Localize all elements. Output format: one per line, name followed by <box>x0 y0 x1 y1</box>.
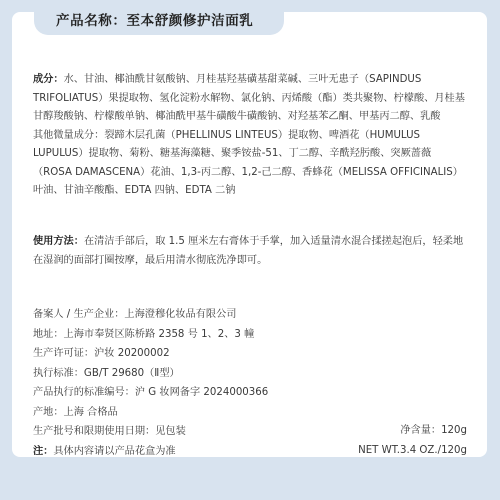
note-text: 具体内容请以产品花盒为准 <box>53 446 175 457</box>
minor-ingredients-label: 其他微量成分： <box>33 130 104 141</box>
net-content: 净含量：120g NET WT.3.4 OZ./120g <box>358 421 467 460</box>
company-line: 备案人 / 生产企业：上海澄穆化妆品有限公司 <box>33 305 333 325</box>
manufacturer-info: 备案人 / 生产企业：上海澄穆化妆品有限公司 地址：上海市奉贤区陈桥路 2358… <box>33 305 333 461</box>
ingredients-label: 成分： <box>33 74 64 85</box>
license-line: 生产许可证：沪妆 20200002 <box>33 344 333 364</box>
ingredients-text: 水、甘油、椰油酰甘氨酸钠、月桂基羟基磺基甜菜碱、三叶无患子（SAPINDUS T… <box>33 74 465 122</box>
address-line: 地址：上海市奉贤区陈桥路 2358 号 1、2、3 幢 <box>33 325 333 345</box>
note-line: 注：具体内容请以产品花盒为准 <box>33 442 333 462</box>
filing-line: 产品执行的标准编号：沪 G 妆网备字 2024000366 <box>33 383 333 403</box>
origin-line: 产地：上海 合格品 <box>33 403 333 423</box>
usage-section: 使用方法：在清洁手部后，取 1.5 厘米左右膏体于手掌，加入适量清水混合揉搓起泡… <box>33 233 469 270</box>
standard-line: 执行标准：GB/T 29680（Ⅱ型） <box>33 364 333 384</box>
usage-text: 在清洁手部后，取 1.5 厘米左右膏体于手掌，加入适量清水混合揉搓起泡后，轻柔地… <box>33 236 463 266</box>
batch-line: 生产批号和限期使用日期：见包装 <box>33 422 333 442</box>
net-content-en: NET WT.3.4 OZ./120g <box>358 441 467 461</box>
product-name-tab: 产品名称：至本舒颜修护洁面乳 <box>34 0 284 35</box>
note-label: 注： <box>33 446 53 457</box>
net-content-cn: 净含量：120g <box>358 421 467 441</box>
ingredients-section: 成分：水、甘油、椰油酰甘氨酸钠、月桂基羟基磺基甜菜碱、三叶无患子（SAPINDU… <box>33 71 469 201</box>
product-name-title: 产品名称：至本舒颜修护洁面乳 <box>56 13 253 29</box>
usage-label: 使用方法： <box>33 236 84 247</box>
